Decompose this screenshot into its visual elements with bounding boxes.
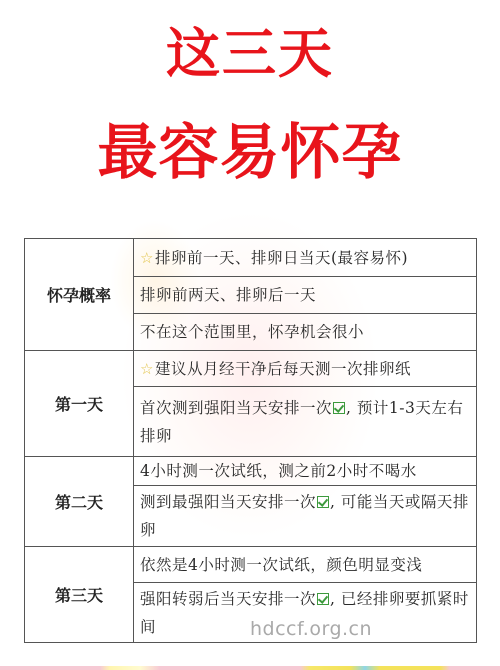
cell-text: 4小时测一次试纸，测之前2小时不喝水 <box>140 462 417 480</box>
cell-text: 不在这个范围里，怀孕机会很小 <box>140 323 364 341</box>
table-row: 第一天 ☆建议从月经干净后每天测一次排卵纸 <box>25 351 477 387</box>
cell-text: 依然是4小时测一次试纸，颜色明显变浅 <box>140 556 422 574</box>
cell-text: 强阳转弱后当天安排一次 <box>140 590 316 608</box>
table-cell: 排卵前两天、排卵后一天 <box>134 277 477 314</box>
section-label-day-3: 第三天 <box>25 547 134 643</box>
title-line-2: 最容易怀孕 <box>0 118 500 188</box>
title-line-1: 这三天 <box>0 22 500 86</box>
section-label-day-2: 第二天 <box>25 457 134 547</box>
checkbox-checked-icon <box>333 402 345 414</box>
table-cell: ☆排卵前一天、排卵日当天(最容易怀) <box>134 239 477 277</box>
table-cell: ☆建议从月经干净后每天测一次排卵纸 <box>134 351 477 387</box>
site-watermark: hdccf.org.cn <box>250 618 372 640</box>
cell-text: 测到最强阳当天安排一次 <box>140 493 316 511</box>
section-label-day-1: 第一天 <box>25 351 134 457</box>
star-icon: ☆ <box>140 360 154 378</box>
checkbox-checked-icon <box>317 593 329 605</box>
star-icon: ☆ <box>140 249 154 267</box>
cell-text: 建议从月经干净后每天测一次排卵纸 <box>155 360 411 378</box>
section-label-probability: 怀孕概率 <box>25 239 134 351</box>
cell-text: 排卵前一天、排卵日当天(最容易怀) <box>155 249 408 267</box>
table-cell: 测到最强阳当天安排一次, 可能当天或隔天排卵 <box>134 486 477 547</box>
table-row: 第二天 4小时测一次试纸，测之前2小时不喝水 <box>25 457 477 486</box>
cell-text: 排卵前两天、排卵后一天 <box>140 286 316 304</box>
table-cell: 不在这个范围里，怀孕机会很小 <box>134 314 477 351</box>
table-cell: 首次测到强阳当天安排一次, 预计1-3天左右排卵 <box>134 387 477 457</box>
table-cell: 4小时测一次试纸，测之前2小时不喝水 <box>134 457 477 486</box>
ovulation-schedule-table: 怀孕概率 ☆排卵前一天、排卵日当天(最容易怀) 排卵前两天、排卵后一天 不在这个… <box>24 238 477 643</box>
decorative-bottom-strip <box>0 666 500 670</box>
table-row: 怀孕概率 ☆排卵前一天、排卵日当天(最容易怀) <box>25 239 477 277</box>
cell-text: 首次测到强阳当天安排一次 <box>140 399 332 417</box>
table-cell: 依然是4小时测一次试纸，颜色明显变浅 <box>134 547 477 583</box>
table-row: 第三天 依然是4小时测一次试纸，颜色明显变浅 <box>25 547 477 583</box>
checkbox-checked-icon <box>317 496 329 508</box>
